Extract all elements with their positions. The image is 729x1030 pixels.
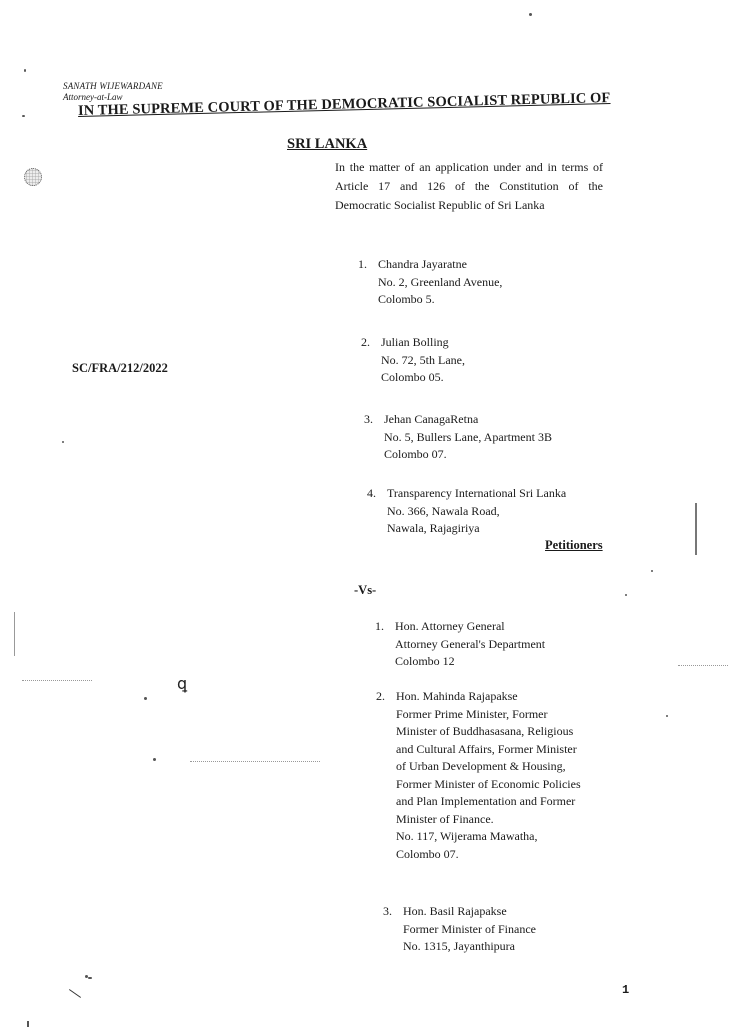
party-number: 3. — [364, 411, 382, 429]
scan-speck — [651, 570, 653, 572]
petitioner-4: 4. Transparency International Sri Lanka … — [367, 485, 566, 538]
party-name: Hon. Mahinda Rajapakse — [396, 688, 581, 706]
page-number: 1 — [622, 983, 629, 997]
scan-rule — [22, 680, 92, 681]
versus-label: -Vs- — [354, 583, 376, 598]
party-number: 2. — [361, 334, 379, 352]
scan-streak — [69, 989, 81, 998]
petitioner-2: 2. Julian Bolling No. 72, 5th Lane, Colo… — [361, 334, 465, 387]
attorney-title: Attorney-at-Law — [63, 92, 123, 102]
party-address-line: Colombo 05. — [381, 369, 465, 387]
party-number: 1. — [375, 618, 393, 636]
seal-stamp-icon — [24, 168, 42, 186]
scan-speck — [62, 441, 64, 443]
party-name: Julian Bolling — [381, 334, 465, 352]
margin-mark — [14, 612, 15, 656]
court-country: SRI LANKA — [287, 136, 367, 153]
party-address-line: Colombo 5. — [378, 291, 502, 309]
scan-speck — [88, 977, 92, 979]
party-address-line: No. 5, Bullers Lane, Apartment 3B — [384, 429, 552, 447]
party-description-line: Minister of Buddhasasana, Religious — [396, 723, 581, 741]
party-address-line: Attorney General's Department — [395, 636, 545, 654]
scan-speck — [144, 697, 147, 700]
party-address-line: No. 2, Greenland Avenue, — [378, 274, 502, 292]
party-number: 2. — [376, 688, 394, 706]
matter-description: In the matter of an application under an… — [335, 158, 603, 215]
party-description-line: of Urban Development & Housing, — [396, 758, 581, 776]
party-description-line: Former Prime Minister, Former — [396, 706, 581, 724]
respondent-2: 2. Hon. Mahinda Rajapakse Former Prime M… — [376, 688, 581, 863]
party-address-line: Colombo 07. — [396, 846, 581, 864]
party-number: 4. — [367, 485, 385, 503]
party-description-line: and Plan Implementation and Former — [396, 793, 581, 811]
party-address-line: No. 1315, Jayanthipura — [403, 938, 536, 956]
party-name: Chandra Jayaratne — [378, 256, 502, 274]
respondent-1: 1. Hon. Attorney General Attorney Genera… — [375, 618, 545, 671]
party-name: Transparency International Sri Lanka — [387, 485, 566, 503]
scan-speck — [529, 13, 532, 16]
margin-mark — [695, 503, 697, 555]
party-description-line: and Cultural Affairs, Former Minister — [396, 741, 581, 759]
scan-speck — [24, 69, 26, 72]
party-number: 1. — [358, 256, 376, 274]
party-address-line: Nawala, Rajagiriya — [387, 520, 566, 538]
petitioners-label: Petitioners — [545, 538, 603, 553]
party-description-line: Former Minister of Finance — [403, 921, 536, 939]
scan-speck — [22, 115, 25, 117]
party-address-line: Colombo 07. — [384, 446, 552, 464]
party-address-line: No. 117, Wijerama Mawatha, — [396, 828, 581, 846]
attorney-name: SANATH WIJEWARDANE — [63, 81, 163, 91]
petitioner-3: 3. Jehan CanagaRetna No. 5, Bullers Lane… — [364, 411, 552, 464]
case-number: SC/FRA/212/2022 — [72, 361, 168, 376]
scan-speck — [625, 594, 627, 596]
party-name: Jehan CanagaRetna — [384, 411, 552, 429]
party-address-line: No. 72, 5th Lane, — [381, 352, 465, 370]
scan-rule — [678, 665, 728, 666]
party-description-line: Former Minister of Economic Policies — [396, 776, 581, 794]
initial-mark-icon: ꝗ — [177, 674, 187, 693]
respondent-3: 3. Hon. Basil Rajapakse Former Minister … — [383, 903, 536, 956]
scan-speck — [27, 1021, 29, 1027]
scan-speck — [666, 715, 668, 717]
scan-rule — [190, 761, 320, 762]
party-name: Hon. Basil Rajapakse — [403, 903, 536, 921]
party-description-line: Minister of Finance. — [396, 811, 581, 829]
petitioner-1: 1. Chandra Jayaratne No. 2, Greenland Av… — [358, 256, 502, 309]
scan-speck — [153, 758, 156, 761]
party-address-line: Colombo 12 — [395, 653, 545, 671]
party-name: Hon. Attorney General — [395, 618, 545, 636]
party-address-line: No. 366, Nawala Road, — [387, 503, 566, 521]
party-number: 3. — [383, 903, 401, 921]
court-title: IN THE SUPREME COURT OF THE DEMOCRATIC S… — [78, 90, 611, 120]
